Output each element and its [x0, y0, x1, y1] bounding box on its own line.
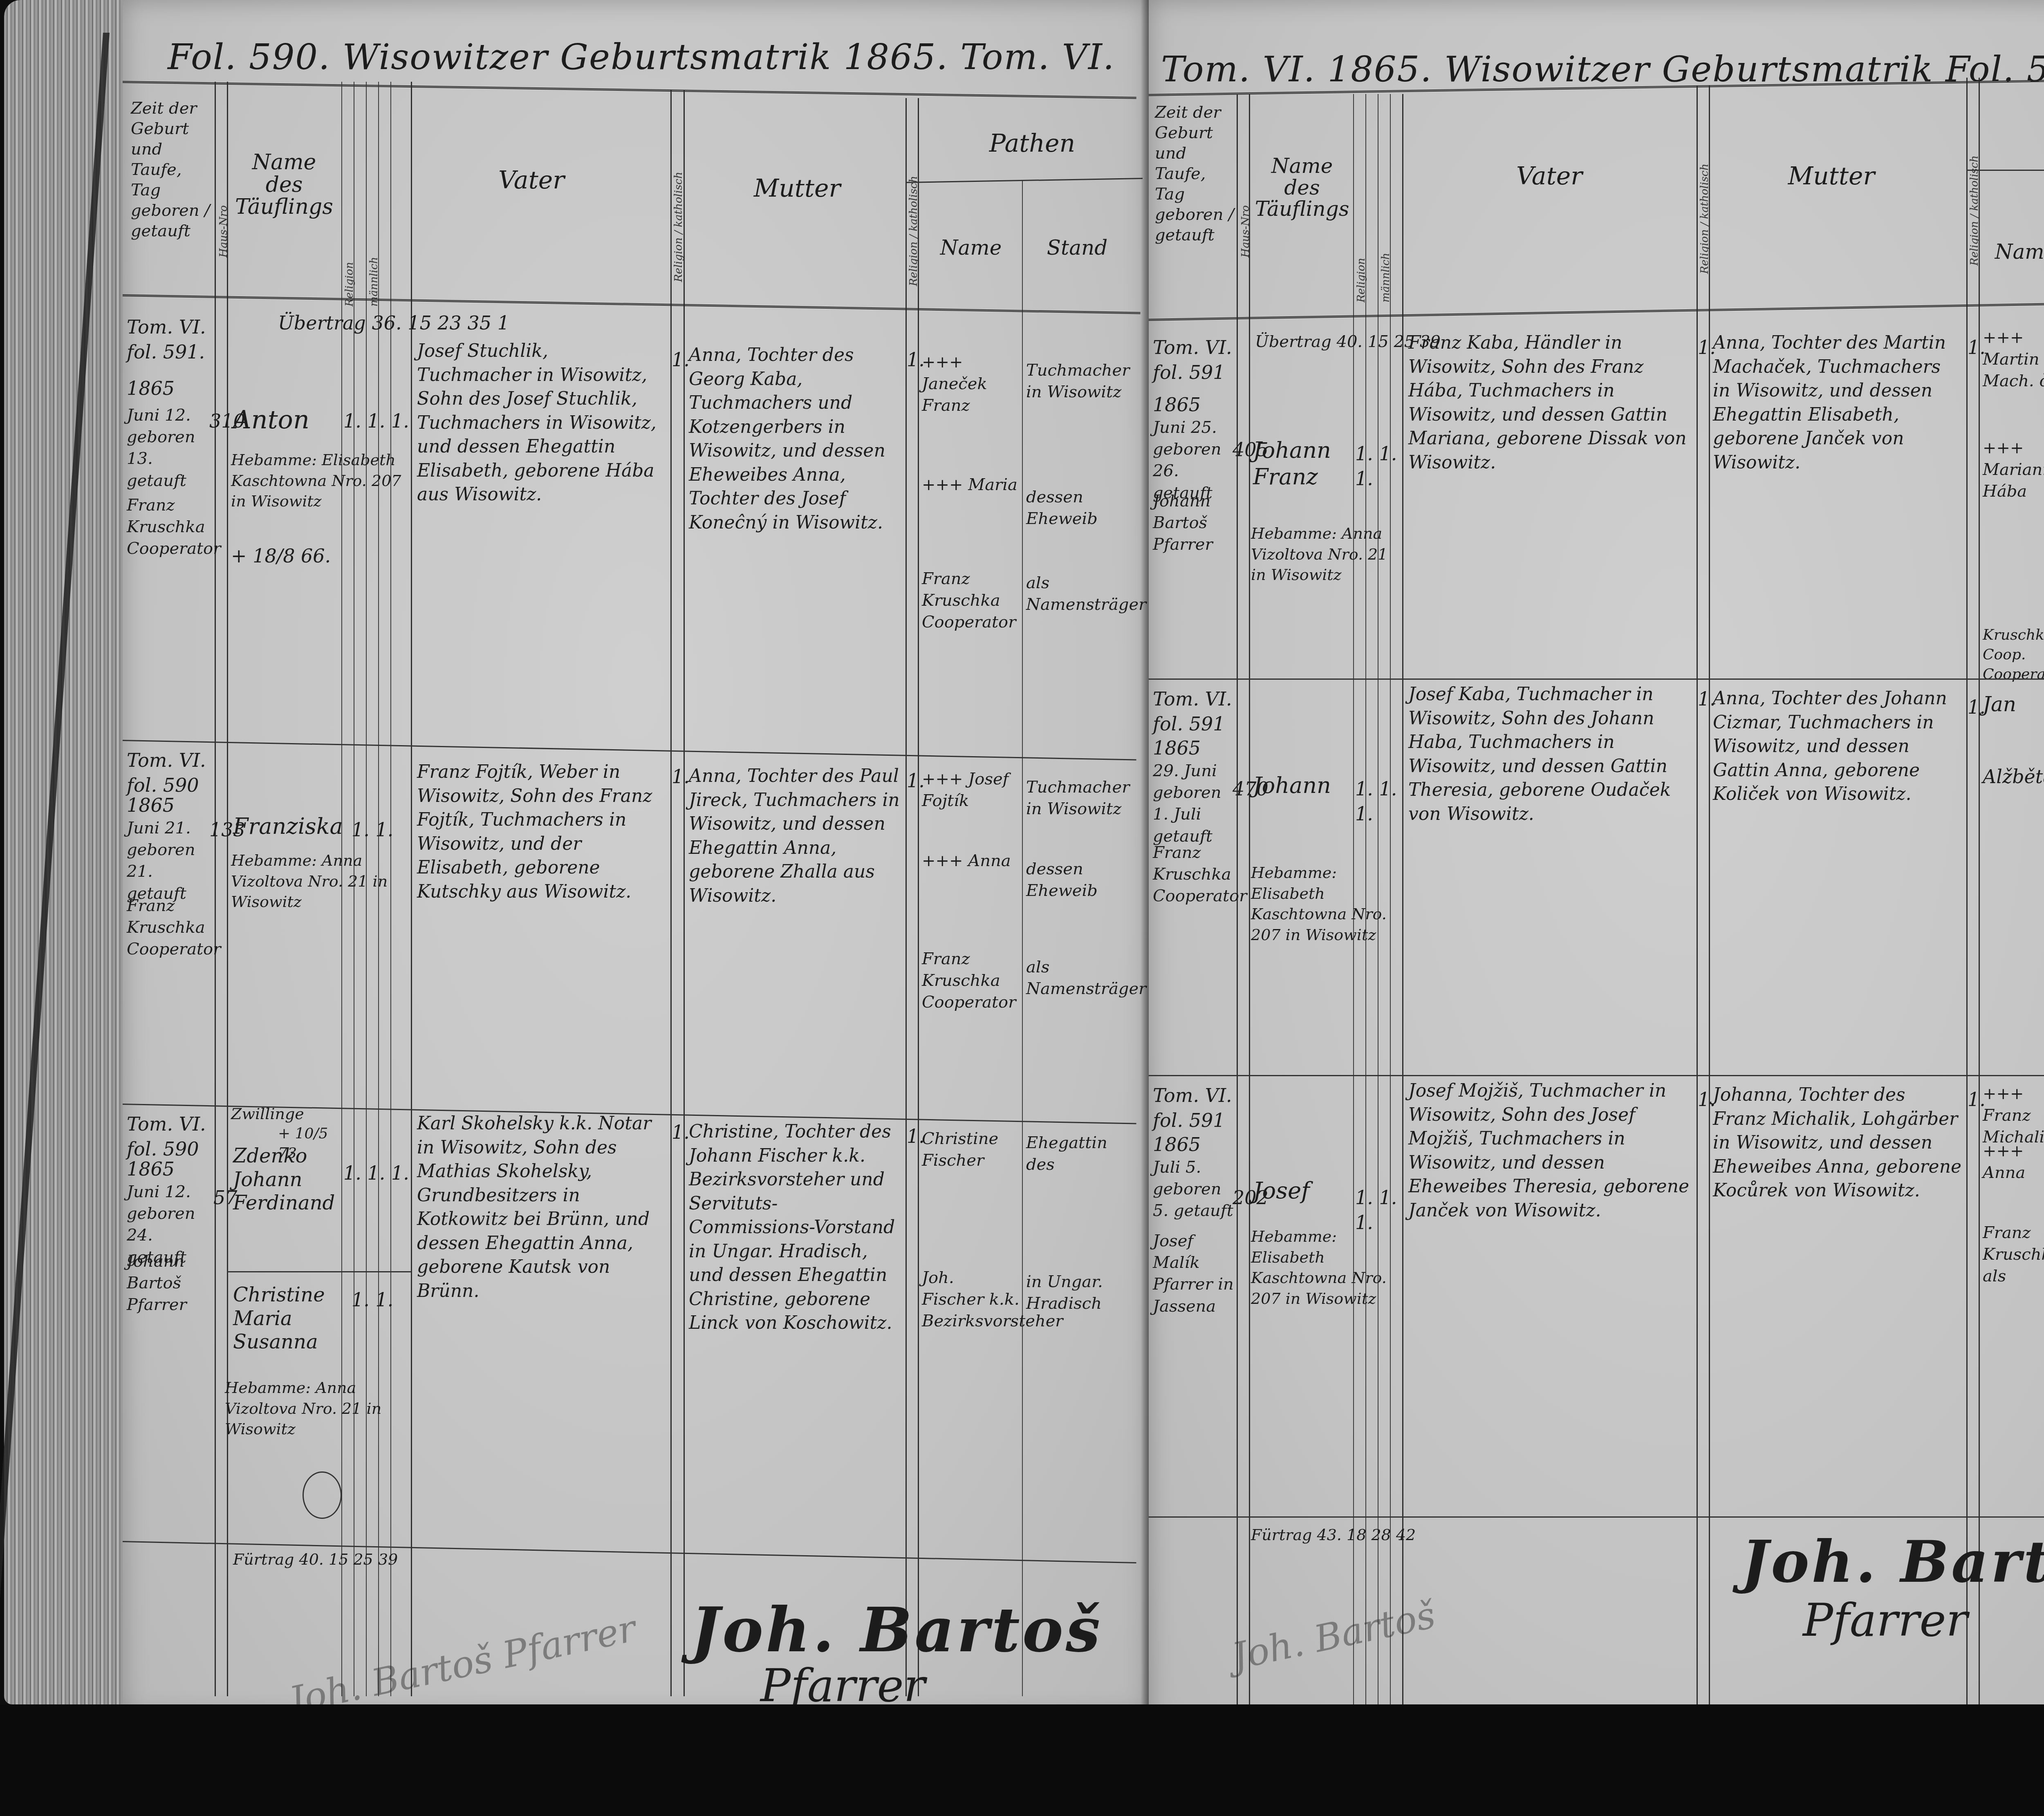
- scan-background: [0, 1704, 2044, 1816]
- entry-marks: 1. 1. 1.: [343, 409, 413, 434]
- col-header-mother-religion: Religion / katholisch: [908, 114, 920, 286]
- godparents-subrule: [1966, 170, 2044, 171]
- godparents-subrule: [905, 178, 1143, 183]
- godparent-name: Franz Kruschka Cooperator: [922, 568, 1020, 634]
- entry-mother-mark: 1.: [1968, 695, 1980, 720]
- col-header-religion: Religion: [343, 102, 356, 307]
- carry-over-bottom: Fürtrag 40. 15 25 39: [233, 1549, 421, 1570]
- entry-mother: Anna, Tochter des Paul Jireck, Tuchmache…: [689, 764, 901, 908]
- column-rule: [1022, 180, 1023, 1696]
- entry-separator: [1149, 678, 2044, 680]
- entry-midwife: Hebamme: Elisabeth Kaschtowna Nro. 207 i…: [231, 450, 411, 512]
- entry-child-name: Franziska: [233, 813, 343, 840]
- entry-child-name: Johann Franz: [1253, 437, 1355, 490]
- column-rule: [1966, 78, 1968, 1709]
- godparent-name: +++ Franz Michalik: [1983, 1083, 2044, 1149]
- godparent-stand: Ehegattin des: [1026, 1132, 1136, 1176]
- entry-father: Franz Kaba, Händler in Wisowitz, Sohn de…: [1408, 331, 1694, 475]
- entry-child-name: Christine Maria Susanna: [233, 1283, 343, 1354]
- column-rule: [215, 82, 216, 1696]
- left-page-header: Fol. 590. Wisowitzer Geburtsmatrik 1865.…: [168, 37, 1115, 78]
- entry-child-name: Josef: [1253, 1177, 1355, 1205]
- col-header-godparent-name: Name: [1983, 241, 2044, 263]
- entry-marks: 1. 1. 1.: [1355, 441, 1404, 491]
- column-rule: [1979, 78, 1980, 1709]
- godparent-name: Franz Kruschka Cooperator: [922, 948, 1020, 1014]
- entry-child-name: Zdenko Johann Ferdinand: [233, 1144, 343, 1215]
- entry-baptized-by: Josef Malík Pfarrer in Jassena: [1153, 1230, 1237, 1317]
- column-rule: [918, 98, 919, 1696]
- godparent-stand: als Namensträger: [1026, 956, 1136, 1000]
- godparent-name: +++ Janeček Franz: [922, 352, 1020, 417]
- entry-note: + 18/8 66.: [231, 544, 337, 569]
- godparent-stand: in Ungar. Hradisch: [1026, 1271, 1136, 1314]
- col-header-mother: Mutter: [715, 176, 879, 202]
- entry-father-mark: 1.: [1698, 1087, 1710, 1112]
- entry-house-no: 310: [209, 409, 234, 434]
- header-rule: [123, 81, 1136, 99]
- godparent-name: Jan: [1983, 691, 2044, 718]
- entry-marks: 1. 1.: [352, 1288, 413, 1312]
- entry-father: Karl Skohelsky k.k. Notar in Wisowitz, S…: [417, 1112, 666, 1303]
- entry-mother: Christine, Tochter des Johann Fischer k.…: [689, 1120, 901, 1335]
- pastor-title: Pfarrer: [1803, 1594, 1968, 1646]
- entry-house-no: 133: [209, 817, 234, 842]
- carry-over-bottom: Fürtrag 43. 18 28 42: [1251, 1525, 1431, 1545]
- entry-ref: Tom. VI. fol. 590: [127, 748, 213, 798]
- entry-mother: Anna, Tochter des Johann Cizmar, Tuchmac…: [1713, 687, 1962, 806]
- column-rule: [1249, 94, 1250, 1709]
- entry-year: 1865: [127, 376, 213, 401]
- godparent-name: +++ Marianna Hába: [1983, 437, 2044, 503]
- godparent-stand: dessen Eheweib: [1026, 858, 1136, 902]
- col-header-mother: Mutter: [1750, 163, 1913, 189]
- entry-date: 29. Juni geboren 1. Juli getauft: [1153, 760, 1237, 847]
- entry-father-mark: 1.: [1698, 335, 1710, 360]
- column-rule: [1697, 86, 1698, 1709]
- entry-ref: Tom. VI. fol. 591: [1153, 335, 1235, 385]
- col-header-sex: männlich: [1380, 106, 1392, 302]
- column-rule: [227, 82, 228, 1696]
- entry-date: Juni 12. geboren 13. getauft: [127, 405, 215, 492]
- godparent-stand: Tuchmacher in Wisowitz: [1026, 360, 1136, 403]
- col-header-godparents: Pathen: [940, 131, 1124, 157]
- entry-midwife: Hebamme: Elisabeth Kaschtowna Nro. 207 i…: [1251, 1226, 1402, 1309]
- entry-mother-mark: 1.: [907, 347, 919, 372]
- column-rule: [670, 90, 672, 1696]
- entry-baptized-by: Johann Bartoš Pfarrer: [1153, 490, 1237, 556]
- col-header-religion: Religion: [1355, 106, 1367, 302]
- entry-midwife: Hebamme: Anna Vizoltova Nro. 21 in Wisow…: [231, 850, 411, 912]
- entry-baptized-by: Franz Kruschka Cooperator: [127, 495, 215, 560]
- entry-year: 1865: [1153, 392, 1235, 417]
- twins-label: Zwillinge: [231, 1104, 337, 1124]
- godparent-name: Kruschka Coop. Cooperator: [1983, 625, 2044, 684]
- pastor-title: Pfarrer: [760, 1659, 925, 1712]
- entry-date: Juni 21. geboren 21. getauft: [127, 817, 215, 905]
- column-rule: [684, 90, 685, 1696]
- godparent-stand: dessen Eheweib: [1026, 486, 1136, 530]
- entry-mother-mark: 1.: [907, 1124, 919, 1149]
- column-rule: [905, 98, 907, 1696]
- entry-separator: [123, 740, 1136, 761]
- godparent-stand: Tuchmacher in Wisowitz: [1026, 777, 1136, 820]
- entry-child-name: Johann: [1253, 773, 1355, 799]
- header-bottom-rule: [123, 294, 1141, 314]
- entry-separator: [1149, 1516, 2044, 1518]
- entry-father-mark: 1.: [1698, 687, 1710, 712]
- entry-mother: Anna, Tochter des Georg Kaba, Tuchmacher…: [689, 343, 901, 535]
- col-header-father: Vater: [1468, 163, 1631, 189]
- entry-mother-mark: 1.: [1968, 1087, 1980, 1112]
- entry-ref: Tom. VI. fol. 591: [1153, 687, 1235, 737]
- godparent-name: +++ Josef Fojtík: [922, 768, 1020, 812]
- left-page-edges: [4, 0, 127, 1704]
- col-header-godparents: Pathen: [1999, 123, 2044, 148]
- entry-father: Josef Kaba, Tuchmacher in Wisowitz, Sohn…: [1408, 683, 1694, 826]
- col-header-godparent-name: Name: [924, 237, 1018, 259]
- entry-father-mark: 1.: [672, 764, 684, 789]
- entry-father-mark: 1.: [672, 347, 684, 372]
- entry-mother-mark: 1.: [907, 768, 919, 793]
- godparent-name: +++ Anna: [1983, 1140, 2044, 1184]
- entry-father: Josef Stuchlik, Tuchmacher in Wisowitz, …: [417, 339, 666, 507]
- entry-midwife: Hebamme: Elisabeth Kaschtowna Nro. 207 i…: [1251, 862, 1402, 945]
- entry-year: 1865: [127, 1157, 213, 1182]
- entry-ref: Tom. VI. fol. 590: [127, 1112, 213, 1162]
- carry-over-top: Übertrag 36. 15 23 35 1: [278, 311, 572, 336]
- col-header-child: Name des Täuflings: [231, 151, 337, 218]
- entry-year: 1865: [127, 793, 213, 818]
- godparent-name: +++ Maria: [922, 474, 1020, 496]
- ledger-band: [0, 33, 110, 1692]
- entry-baptized-by: Franz Kruschka Cooperator: [127, 895, 215, 961]
- entry-ref: Tom. VI. fol. 591.: [127, 315, 213, 365]
- col-header-godparent-stand: Stand: [1026, 237, 1128, 259]
- godparent-name: Franz Kruschka als: [1983, 1222, 2044, 1288]
- entry-year: 1865: [1153, 736, 1235, 761]
- col-header-date: Zeit der Geburt und Taufe, Tag geboren /…: [1155, 102, 1235, 245]
- column-rule: [1709, 86, 1710, 1709]
- right-page: Tom. VI. 1865. Wisowitzer Geburtsmatrik …: [1149, 0, 2044, 1729]
- ghost-bleed-through: Joh. Bartoš: [1228, 1594, 1439, 1679]
- entry-ref: Tom. VI. fol. 591: [1153, 1083, 1235, 1133]
- col-header-mother-religion: Religion / katholisch: [1968, 94, 1981, 266]
- pastor-signature: Joh. Bartoš: [691, 1594, 1103, 1666]
- col-header-father-religion: Religion / katholisch: [1699, 102, 1711, 274]
- col-header-sex: männlich: [368, 102, 380, 307]
- entry-mother: Johanna, Tochter des Franz Michalik, Loh…: [1713, 1083, 1962, 1203]
- header-bottom-rule: [1149, 300, 2044, 321]
- godparent-name: +++ Anna: [922, 850, 1020, 872]
- entry-date: Juli 5. geboren 5. getauft: [1153, 1157, 1237, 1222]
- twin-separator: [227, 1271, 411, 1272]
- entry-baptized-by: Franz Kruschka Cooperator: [1153, 842, 1237, 907]
- godparent-stand: als Namensträger: [1026, 572, 1136, 616]
- entry-father: Franz Fojtík, Weber in Wisowitz, Sohn de…: [417, 760, 666, 904]
- godparent-name: Joh. Fischer k.k. Bezirksvorsteher: [922, 1267, 1020, 1332]
- entry-father-mark: 1.: [672, 1120, 684, 1145]
- entry-marks: 1. 1.: [352, 817, 413, 842]
- entry-baptized-by: Johann Bartoš Pfarrer: [127, 1251, 215, 1316]
- entry-marks: 1. 1. 1.: [1355, 777, 1404, 826]
- entry-marks: 1. 1. 1.: [343, 1161, 413, 1186]
- entry-mother: Anna, Tochter des Martin Machaček, Tuchm…: [1713, 331, 1962, 475]
- col-header-father: Vater: [450, 168, 613, 193]
- entry-separator: [1149, 1075, 2044, 1076]
- pastor-signature: Joh. Bartoš: [1741, 1529, 2044, 1596]
- col-header-father-religion: Religion / katholisch: [672, 110, 685, 282]
- left-page: Fol. 590. Wisowitzer Geburtsmatrik 1865.…: [123, 0, 1149, 1717]
- col-header-date: Zeit der Geburt und Taufe, Tag geboren /…: [131, 98, 213, 241]
- godparent-name: Christine Fischer: [922, 1128, 1020, 1171]
- margin-circle-mark: [303, 1471, 342, 1519]
- col-header-house: Haus-Nro: [217, 135, 230, 258]
- entry-midwife: Hebamme: Anna Vizoltova Nro. 21 in Wisow…: [225, 1377, 413, 1440]
- entry-house-no: 57: [213, 1185, 230, 1210]
- entry-midwife: Hebamme: Anna Vizoltova Nro. 21 in Wisow…: [1251, 523, 1402, 585]
- godparent-name: +++ Martin Mach. ček: [1983, 327, 2044, 392]
- col-header-child: Name des Täuflings: [1253, 155, 1351, 220]
- entry-child-name: Anton: [233, 405, 343, 435]
- col-header-house: Haus-Nro: [1239, 135, 1252, 258]
- entry-mother-mark: 1.: [1968, 335, 1980, 360]
- godparent-name: Alžběta: [1983, 764, 2044, 789]
- entry-year: 1865: [1153, 1132, 1235, 1157]
- entry-father: Josef Mojžiš, Tuchmacher in Wisowitz, So…: [1408, 1079, 1694, 1223]
